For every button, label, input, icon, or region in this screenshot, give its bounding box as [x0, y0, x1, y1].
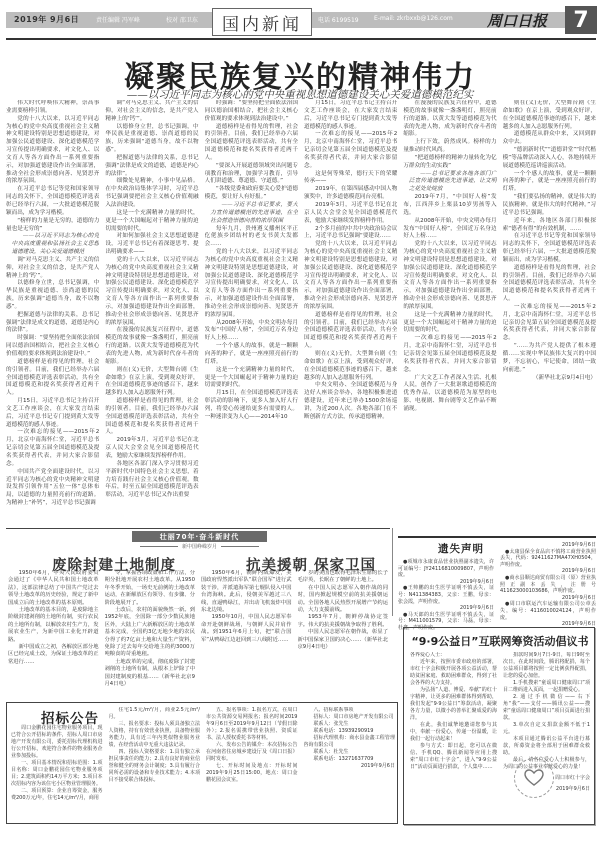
issue-date: 2019年 9月6日	[14, 14, 79, 25]
paragraph: 从2008年开始，中央文明办每月发布“中国好人榜”，全国近万名身边好人上榜……	[403, 218, 496, 242]
paragraph: 2019年7月，“中国好人榜”发布，江西萍乡上栗县10岁男孩等入选。	[403, 194, 496, 218]
paragraph: 五、报名事项：1.报名方式，在周口市公共资源交易网报名；报名时间2019年9月6…	[206, 707, 298, 742]
charity-column: 各界爱心人士： 近年来，按照市委市政府的部署，市红十字会积极开展各项公益活动，帮…	[410, 652, 497, 822]
paragraph: 道德榜样是看得见的哲理，社会的引领者。目前，我们已经举办六届全国道德模范评选表彰…	[304, 312, 397, 351]
lost-notice-columns: ●项城市永康食品营业执照副本遗失，许可证编号：JY24116810009807，…	[398, 542, 596, 632]
paragraph: 2019年3月，习近平总书记在北京人民大会堂会见全国道德模范代表，勉励大家继续发…	[105, 437, 198, 461]
paragraph: 近年来，按照市委市政府的部署，市红十字会积极开展各项公益活动，帮助贫困家庭、救助…	[410, 659, 497, 687]
feature-column: 令，掌握各项政策和工作方法，分期分批地开展农村土地改革。从1950年冬季开始，一…	[105, 570, 196, 690]
paragraph: 细微处见精神，小事中见品格。在中央政治局集体学习时，习近平总书记强调要把社会主义…	[105, 178, 198, 209]
paragraph: 这是一个充满精神力量的时代，更是一个大国崛起对于精神力量的迫切需要的时代。	[105, 210, 198, 234]
feature-column: 1950年6月，朝鲜内战爆发，美国政府悍然派出军队“联合国军”进行武装干涉，并派…	[201, 570, 292, 690]
paragraph: “我们要弘扬的精神，就是伟大的民族精神，就是伟大的时代精神。”习近平总书记强调。	[503, 194, 596, 218]
lost-notice-date: 2019年9月6日	[500, 542, 596, 549]
paragraph: 道德榜样是看得见的哲理，社会的引领者。目前，我们已经举办六届全国道德模范评选表彰…	[6, 359, 99, 398]
paragraph: 三、报名要求：投标人须具备独立法人资格，持有有效营业执照，具备物业服务能力，具有…	[109, 721, 201, 749]
paragraph: 新中国成立之初，各解放区部分地区已经完成土改，为保证土地改革的正常进行……	[8, 644, 99, 666]
paragraph: 道德榜样是看得见的哲理，社会的引领者。目前，我们已经举办六届全国道德模范评选表彰…	[205, 124, 298, 163]
paragraph: 1950年10月，中国人民志愿军奉命开赴朝鲜战场，与朝鲜人民并肩作战。到1951…	[201, 614, 292, 644]
charity-greeting: 各界爱心人士：	[410, 652, 497, 659]
feature-column: 岁的美国也取得毛泽东主席的长子毛岸英，长眠在了朝鲜的土地上。 在中国人民志愿军入…	[298, 570, 389, 690]
paragraph: 四、投标人资格要求：1.具有独立承担民事责任的能力；2.具有良好的商业信誉和健全…	[109, 749, 201, 784]
paragraph: 参与方式：即日起，您可以在微信、手机QQ、腾讯新闻等应用上搜索“周口市红十字会”…	[410, 743, 497, 771]
paragraph: 这是何等殊荣，德行天下的荣耀传承——	[304, 171, 397, 187]
paragraph: 伟大时代呼唤伟大精神，崇高事业需要榜样引领。	[6, 100, 99, 116]
paragraph: 一、项目基本情况和招标范围：1.项目名称：周口金鹏花园住宅物业服务项目；2.建筑…	[11, 760, 103, 788]
paragraph: “要深入开展道德领域突出问题专项教育和治理，加强学习教育，引导人们讲道德、尊道德…	[205, 163, 298, 187]
paragraph: 1.手机搜索“童谣周口健康周口”项目二维码进入页面，一起捐赠爱心。	[503, 680, 590, 694]
paragraph: 这是一个充满精神力量的时代，更是一个大国崛起对于精神力量的迫切需要的时代。	[205, 367, 298, 391]
paragraph: 为弘扬“人道、博爱、奉献”的红十字精神，让更多的困难群体得到帮助，我们发起“9·…	[410, 687, 497, 722]
article-source: （新华社北京9月4日电）	[503, 375, 596, 383]
paragraph: 调“对马克思主义、共产主义的信仰，对社会主义的信念，是共产党人精神上的‘钙’”。	[6, 257, 99, 281]
paragraph: 联系人：张先生	[304, 721, 396, 728]
charity-appeal-box: “9·9公益日”互联网筹资活动倡议书 各界爱心人士： 近年来，按照市委市政府的部…	[403, 627, 595, 825]
editor-credit: 责任编辑 冯军峰	[96, 15, 140, 24]
tender-notice-box: 周口金鹏花园住宅物业服务项目，现已符合公开招标的条件，招标人周口市房地产开发有限…	[6, 702, 398, 824]
tender-column: 八、招标联系事项 招标人：周口市房地产开发有限公司 联系人：张先生 联系电话：1…	[304, 707, 396, 821]
newspaper-logo: 周口日报	[487, 10, 547, 31]
paragraph: 八、招标联系事项	[304, 707, 396, 714]
paragraph: 岁的美国也取得毛泽东主席的长子毛岸英，长眠在了朝鲜的土地上。	[298, 570, 389, 585]
paragraph: 2019年，在第四届感动中国人物颁奖中，许多道德模范同台亮相。	[304, 186, 397, 202]
article-column: 时强调：“要坚持把全面依法治国同以德治国相结合，把社会主义核心价值观的要求体现到…	[205, 100, 298, 510]
paragraph: 每年九月，贵州遵义播州区平正仡佬族乡团结村的老支书黄大发都会……	[205, 226, 298, 250]
subheading: “把道德榜样的精神力量转化为亿万群众的生动实践”	[403, 155, 496, 171]
paragraph: 本项目通过腾讯公益平台进行募款，所募资金将全部用于困难群众救助。	[503, 736, 590, 757]
tender-date: 2019年9月6日	[304, 763, 396, 770]
paragraph: 一次难忘的接见——2015年2月，北京中南海怀仁堂，习近平总书记亲切会见第五届全…	[304, 131, 397, 170]
paragraph: 在习近平总书记等党和国家领导同志的关怀下，全国道德模范评选表彰已经举行六届，一大…	[6, 186, 99, 217]
paragraph: 土改后，农村的面貌焕然一新。到1952年底，全国除一部分少数民族地区外，大陆上广…	[105, 607, 196, 659]
feature-banner: 壮丽70年·奋斗新时代	[132, 531, 267, 542]
paragraph: 从2008年开始，中央文明办每月发布“中国好人榜”，全国近万名身边好人上榜……	[205, 320, 298, 344]
paragraph: 把握道德与法律的关系，总书记强调“法律是成文的道德，道德是内心的法律”。	[105, 155, 198, 179]
lost-notice-date: 2019年9月6日	[500, 568, 596, 575]
subheading: “各级党委和政府要关心爱护道德模范，要让好人有好报。”	[205, 186, 298, 202]
paragraph: 在此，我们诚挚地邀请您参与其中，奉献一份爱心，传递一份温暖，让我们一起行动起来！	[410, 722, 497, 743]
paragraph: 中国人民志愿军在朝作战，彰显了新中国保家卫国的决心……（新华社北京9月4日电）	[298, 629, 389, 651]
charity-appeal-title: “9·9公益日”互联网筹资活动倡议书	[404, 633, 596, 649]
heart-icon	[524, 768, 544, 788]
lead-article-body: 伟大时代呼唤伟大精神，崇高事业需要榜样引领。 党的十八大以来，以习近平同志为核心…	[6, 100, 596, 510]
masthead: 2019年 9月6日 责任编辑 冯军峰 校对 邵卫东 国内新闻 电话 61995…	[0, 0, 600, 44]
paragraph: 一个个感人的故事，就是一颗颗向善的种子，就是一座座照亮前行的灯塔。	[503, 171, 596, 195]
paragraph: 在中国人民志愿军入朝作战的同时，国内掀起规模空前的抗美援朝运动。全国各地人民热烈…	[298, 585, 389, 615]
paragraph: 党的十八大以来，以习近平同志为核心的党中央高度重视社会主义精神文明建设特别是思想…	[304, 241, 397, 312]
paragraph: 1950年6月，朝鲜内战爆发，美国政府悍然派出军队“联合国军”进行武装干涉，并派…	[201, 570, 292, 614]
lost-notice-item: ●周口市联运汽车运输有限公司公章丢失，编号：4116010024124，声明作废…	[500, 601, 596, 621]
pull-quote: ——习近平总书记要求，要大力宣传道德模范的先进事迹，在全社会营造崇德向善的浓厚氛…	[205, 202, 298, 226]
paragraph: “……为共产党人提供了根本遵循……实现中华民族伟大复兴的中国梦，不忘初心，牢记使…	[503, 343, 596, 374]
page-number: 7	[565, 6, 597, 34]
paragraph: 把握道德与法律的关系，总书记强调“法律是成文的道德，道德是内心的法律”。	[6, 312, 99, 336]
lost-notice-column: 2019年9月6日 ●太康县保全食品店不慎将工商营业执照丢失，代码：924116…	[500, 542, 596, 632]
lost-notice-title: 遗失声明	[438, 541, 484, 556]
paragraph: 联系电话：13271637709	[304, 756, 396, 763]
paragraph: 党的十八大以来，以习近平同志为核心的党中央高度重视社会主义精神文明建设特别是思想…	[105, 257, 198, 328]
paragraph: 2.通过手机微信——右下角“我”——支付——腾讯公益——搜索“童谣周口健康周口”…	[503, 694, 590, 722]
paragraph: 在漫漫的民族复兴征程中，道德模范的故事就像一盏盏明灯，照亮前行的道路。以黄大发等…	[403, 100, 496, 139]
paragraph: 则在(义)无价，大型舞台剧《生命如歌》在京上演，受到观众好评，在全国道德模范事迹…	[304, 351, 397, 382]
masthead-rule	[6, 38, 596, 40]
paragraph: 中国共产党全面建设时代，以习近平同志为核心的党中央精神文明建设发挥引领作用“五位…	[6, 469, 99, 508]
feature-body: 1950年6月，中央人民政府委员会通过了《中华人民共和国土地改革法》，这部法律总…	[8, 570, 388, 690]
tender-column: 五、报名事项：1.报名方式，在周口市公共资源交易网报名；报名时间2019年9月6…	[206, 707, 298, 821]
pull-quote: ——以习近平同志为核心的党中央高度重视和弘扬社会主义思想道德建设，关心关爱道德模…	[6, 233, 99, 257]
paragraph: 2019年3月，习近平总书记在北京人民大会堂会见全国道德模范代表，勉励大家继续发…	[304, 202, 397, 226]
paragraph: 周口金鹏花园住宅物业服务项目，现已符合公开招标的条件，招标人周口市房地产开发有限…	[11, 725, 103, 760]
paragraph: 二、项目预算：企业自筹资金，服务费200万元/年，住宅14元/m²/月，商用	[11, 788, 103, 802]
paragraph: 2个多月前的中共中央政治局会议上，习近平总书记强调“要建设……	[304, 226, 397, 242]
paragraph: 1950年6月，中央人民政府委员会通过了《中华人民共和国土地改革法》，这部法律总…	[8, 570, 99, 607]
paragraph: 中央文明办、全国道德模范与身边好人座谈会举办，各地积极推进道德建设，近年来已举办…	[304, 382, 397, 421]
paragraph: 月15日，习近平总书记主持召开文艺工作座谈会，在大家发言结束后，习近平总书记专门…	[6, 398, 99, 429]
paragraph: 以德修身立世，总书记强调，中华民族是重视道德、崇尚道德的民族，历来强调“道德当身…	[105, 124, 198, 155]
paragraph: 1953年7月，朝鲜停战协定签字。伟大的抗美援朝战争取得了胜利。	[298, 614, 389, 629]
paragraph: 月15日，习近平总书记主持召开文艺工作座谈会，在大家发言结束后，习近平总书记专门…	[304, 100, 397, 131]
paragraph: 月15日，在全国道德模范评选表彰活动的影响下，更多人加入好人行列，将爱心传递给更…	[205, 390, 298, 421]
pull-quote: ——总书记要求各地各部门广泛宣传道德模范先进事迹，让文明之花处处绽放	[403, 171, 496, 195]
lost-notice-item: ●商水县顺达商贸有限公司（原）营业执照正副本丢失，注册号411623000103…	[500, 575, 596, 595]
charity-column: 捐款时间9月7日-9日，每日9时至次日，在此时间段，腾讯将配捐，每个公益项目都将…	[503, 652, 590, 822]
paragraph: 令，掌握各项政策和工作方法，分期分批地开展农村土地改革。从1950年冬季开始，一…	[105, 570, 196, 607]
paragraph: 时强调：“要坚持把全面依法治国同以德治国相结合，把社会主义核心价值观的要求体现到…	[205, 100, 298, 124]
paragraph: 道德榜样是看得见的哲理，社会的引领者。目前，我们已经举办六届全国道德模范评选表彰…	[503, 265, 596, 304]
paragraph: 六、发布公告的媒介：本次招标公告在河南省住房城乡建设厅及《周口日报》同时发布。	[206, 742, 298, 763]
paragraph: 近年来，各地区各部门积极探索“德者有得”的有效机制，……	[503, 218, 596, 234]
paragraph: 道德模范从群众中来，又回到群众中去。	[503, 131, 596, 147]
lost-notice-box: ●项城市永康食品营业执照副本遗失，许可证编号：JY24116810009807，…	[398, 536, 596, 608]
article-column: 则在(义)无价，大型舞台剧《生命如歌》在京上演，受到观众好评，在全国道德模范事迹…	[503, 100, 596, 510]
paragraph: 道德榜样是看得见的哲理，社会的引领者。目前，我们已经举办六届全国道德模范评选表彰…	[105, 398, 198, 437]
paragraph: 联系人：杜先生	[304, 749, 396, 756]
paragraph: 住宅1.5元/m²/月，商业2.5元/m²/月。	[109, 707, 201, 721]
tender-column: 住宅1.5元/m²/月，商业2.5元/m²/月。 三、报名要求：投标人须具备独立…	[109, 707, 201, 821]
paragraph: 捐款时间9月7日-9日，每日9时至次日，在此时间段，腾讯将配捐，每个公益项目都将…	[503, 652, 590, 680]
paragraph: 在漫漫的民族复兴征程中，道德模范的故事就像一盏盏明灯，照亮前行的道路。以黄大发等…	[105, 327, 198, 366]
feature-rule	[6, 528, 390, 529]
qr-code-stamp-icon[interactable]	[514, 758, 554, 798]
paragraph: 各地区各部门深入学习贯彻习近平新时代中国特色社会主义思想，着力培育践行社会主义核…	[105, 461, 198, 500]
paragraph: 以德修身立世，总书记强调，中华民族是重视道德、崇尚道德的民族，历来强调“道德当身…	[6, 280, 99, 311]
paragraph: 土地改革的基本目的，是废除地主阶级封建剥削的土地所有制，实行农民的土地所有制，以…	[8, 607, 99, 644]
paragraph: “德润新时代”“道德讲堂”“时代楷模”等品牌活动深入人心，各地持续开展道德模范巡…	[503, 147, 596, 171]
feature-banner-sub: 新中国峥嵘岁月	[132, 543, 267, 550]
paragraph: 广大文艺工作者深入生活、扎根人民，创作了一大批讴歌道德模范的优秀作品，以道德模范…	[403, 375, 496, 414]
proofreader-credit: 校对 邵卫东	[166, 15, 198, 24]
subheading: “榜样的力量是无穷的，道德的力量也是无穷的”	[6, 218, 99, 234]
paragraph: 招标人：周口市房地产开发有限公司	[304, 714, 396, 721]
paragraph: 这是一个充满精神力量的时代，更是一个大国崛起对于精神力量的迫切需要的时代。	[403, 312, 496, 336]
tender-notice-title: 招标公告	[25, 707, 115, 727]
paragraph: 一次难忘的接见——2015年2月，北京中南海怀仁堂，习近平总书记亲切会见第五届全…	[503, 304, 596, 343]
section-title: 国内新闻	[212, 8, 312, 36]
paragraph: 联系电话：13939290919	[304, 728, 396, 735]
feature-column: 1950年6月，中央人民政府委员会通过了《中华人民共和国土地改革法》，这部法律总…	[8, 570, 99, 690]
paragraph: 时强调：“要坚持把全面依法治国同以德治国相结合，把社会主义核心价值观的要求体现到…	[6, 335, 99, 359]
paragraph: 党的十八大以来，以习近平同志为核心的党中央高度重视社会主义精神文明建设特别是思想…	[205, 249, 298, 320]
paragraph: 一次难忘的接见——2015年2月，北京中南海怀仁堂，习近平总书记亲切会见第五届全…	[403, 335, 496, 374]
contact-phone: 电话 6199519	[318, 15, 359, 24]
contact-email: E-mail: zkrbxxb@126.com	[374, 15, 453, 22]
paragraph: 则在(义)无价，大型舞台剧《生命如歌》在京上演，受到观众好评，在全国道德模范事迹…	[503, 100, 596, 131]
paragraph: 七、开标时间及地点：开标时间2019年9月25日15:00，地点：周口金鹏花园会…	[206, 763, 298, 784]
paragraph: 调“对马克思主义、共产主义的信仰，对社会主义的信念，是共产党人精神上的‘钙’”。	[105, 100, 198, 124]
paragraph: 3.单次自定义捐款金额不低于1元。	[503, 722, 590, 736]
article-column: 在漫漫的民族复兴征程中，道德模范的故事就像一盏盏明灯，照亮前行的道路。以黄大发等…	[403, 100, 496, 510]
paragraph: 上行下效，蔚然成风。榜样的力量推动时代风尚。	[403, 139, 496, 155]
lost-notice-item: ●项城市永康食品营业执照副本遗失，许可证编号：JY24116810009807，…	[398, 559, 494, 579]
paragraph: 则在(义)无价，大型舞台剧《生命如歌》在京上演，受到观众好评，在全国道德模范事迹…	[105, 367, 198, 398]
paragraph: 招标代理机构：商水县金鑫工程管理咨询有限公司	[304, 735, 396, 749]
article-column: 伟大时代呼唤伟大精神，崇高事业需要榜样引领。 党的十八大以来，以习近平同志为核心…	[6, 100, 99, 510]
paragraph: 党的十八大以来，以习近平同志为核心的党中央高度重视社会主义精神文明建设特别是思想…	[6, 116, 99, 187]
charity-appeal-body: 各界爱心人士： 近年来，按照市委市政府的部署，市红十字会积极开展各项公益活动，帮…	[410, 652, 590, 822]
article-column: 月15日，习近平总书记主持召开文艺工作座谈会，在大家发言结束后，习近平总书记专门…	[304, 100, 397, 510]
paragraph: 一次难忘的接见——2015年2月，北京中南海怀仁堂，习近平总书记亲切会见第五届全…	[6, 429, 99, 468]
column-divider	[392, 528, 393, 616]
paragraph: 在习近平总书记等党和国家领导同志的关怀下，全国道德模范评选表彰已经举行六届，一大…	[503, 233, 596, 264]
lost-notice-item: ●王帅鹏的出生医学证明不慎丢失，证号：N411384383，父亲：王鹏，母亲：张…	[398, 585, 494, 605]
paragraph: 党的十八大以来，以习近平同志为核心的党中央高度重视社会主义精神文明建设特别是思想…	[403, 241, 496, 312]
article-column: 调“对马克思主义、共产主义的信仰，对社会主义的信念，是共产党人精神上的‘钙’”。…	[105, 100, 198, 510]
lost-notice-item: ●太康县保全食品店不慎将工商营业执照丢失，代码：92411627MA47XH05…	[500, 549, 596, 569]
paragraph: 对如何加强社会主义思想道德建设，习近平总书记有着深邃思考、提出明确要求——	[105, 233, 198, 257]
paragraph: 土地改革的完成，彻底废除了封建剥削的土地所有制，从根本上铲除了中国封建制度的根基…	[105, 659, 196, 689]
paragraph: 一个个感人的故事，就是一颗颗向善的种子，就是一座座照亮前行的灯塔。	[205, 343, 298, 367]
lost-notice-date: 2019年9月6日	[398, 605, 494, 612]
